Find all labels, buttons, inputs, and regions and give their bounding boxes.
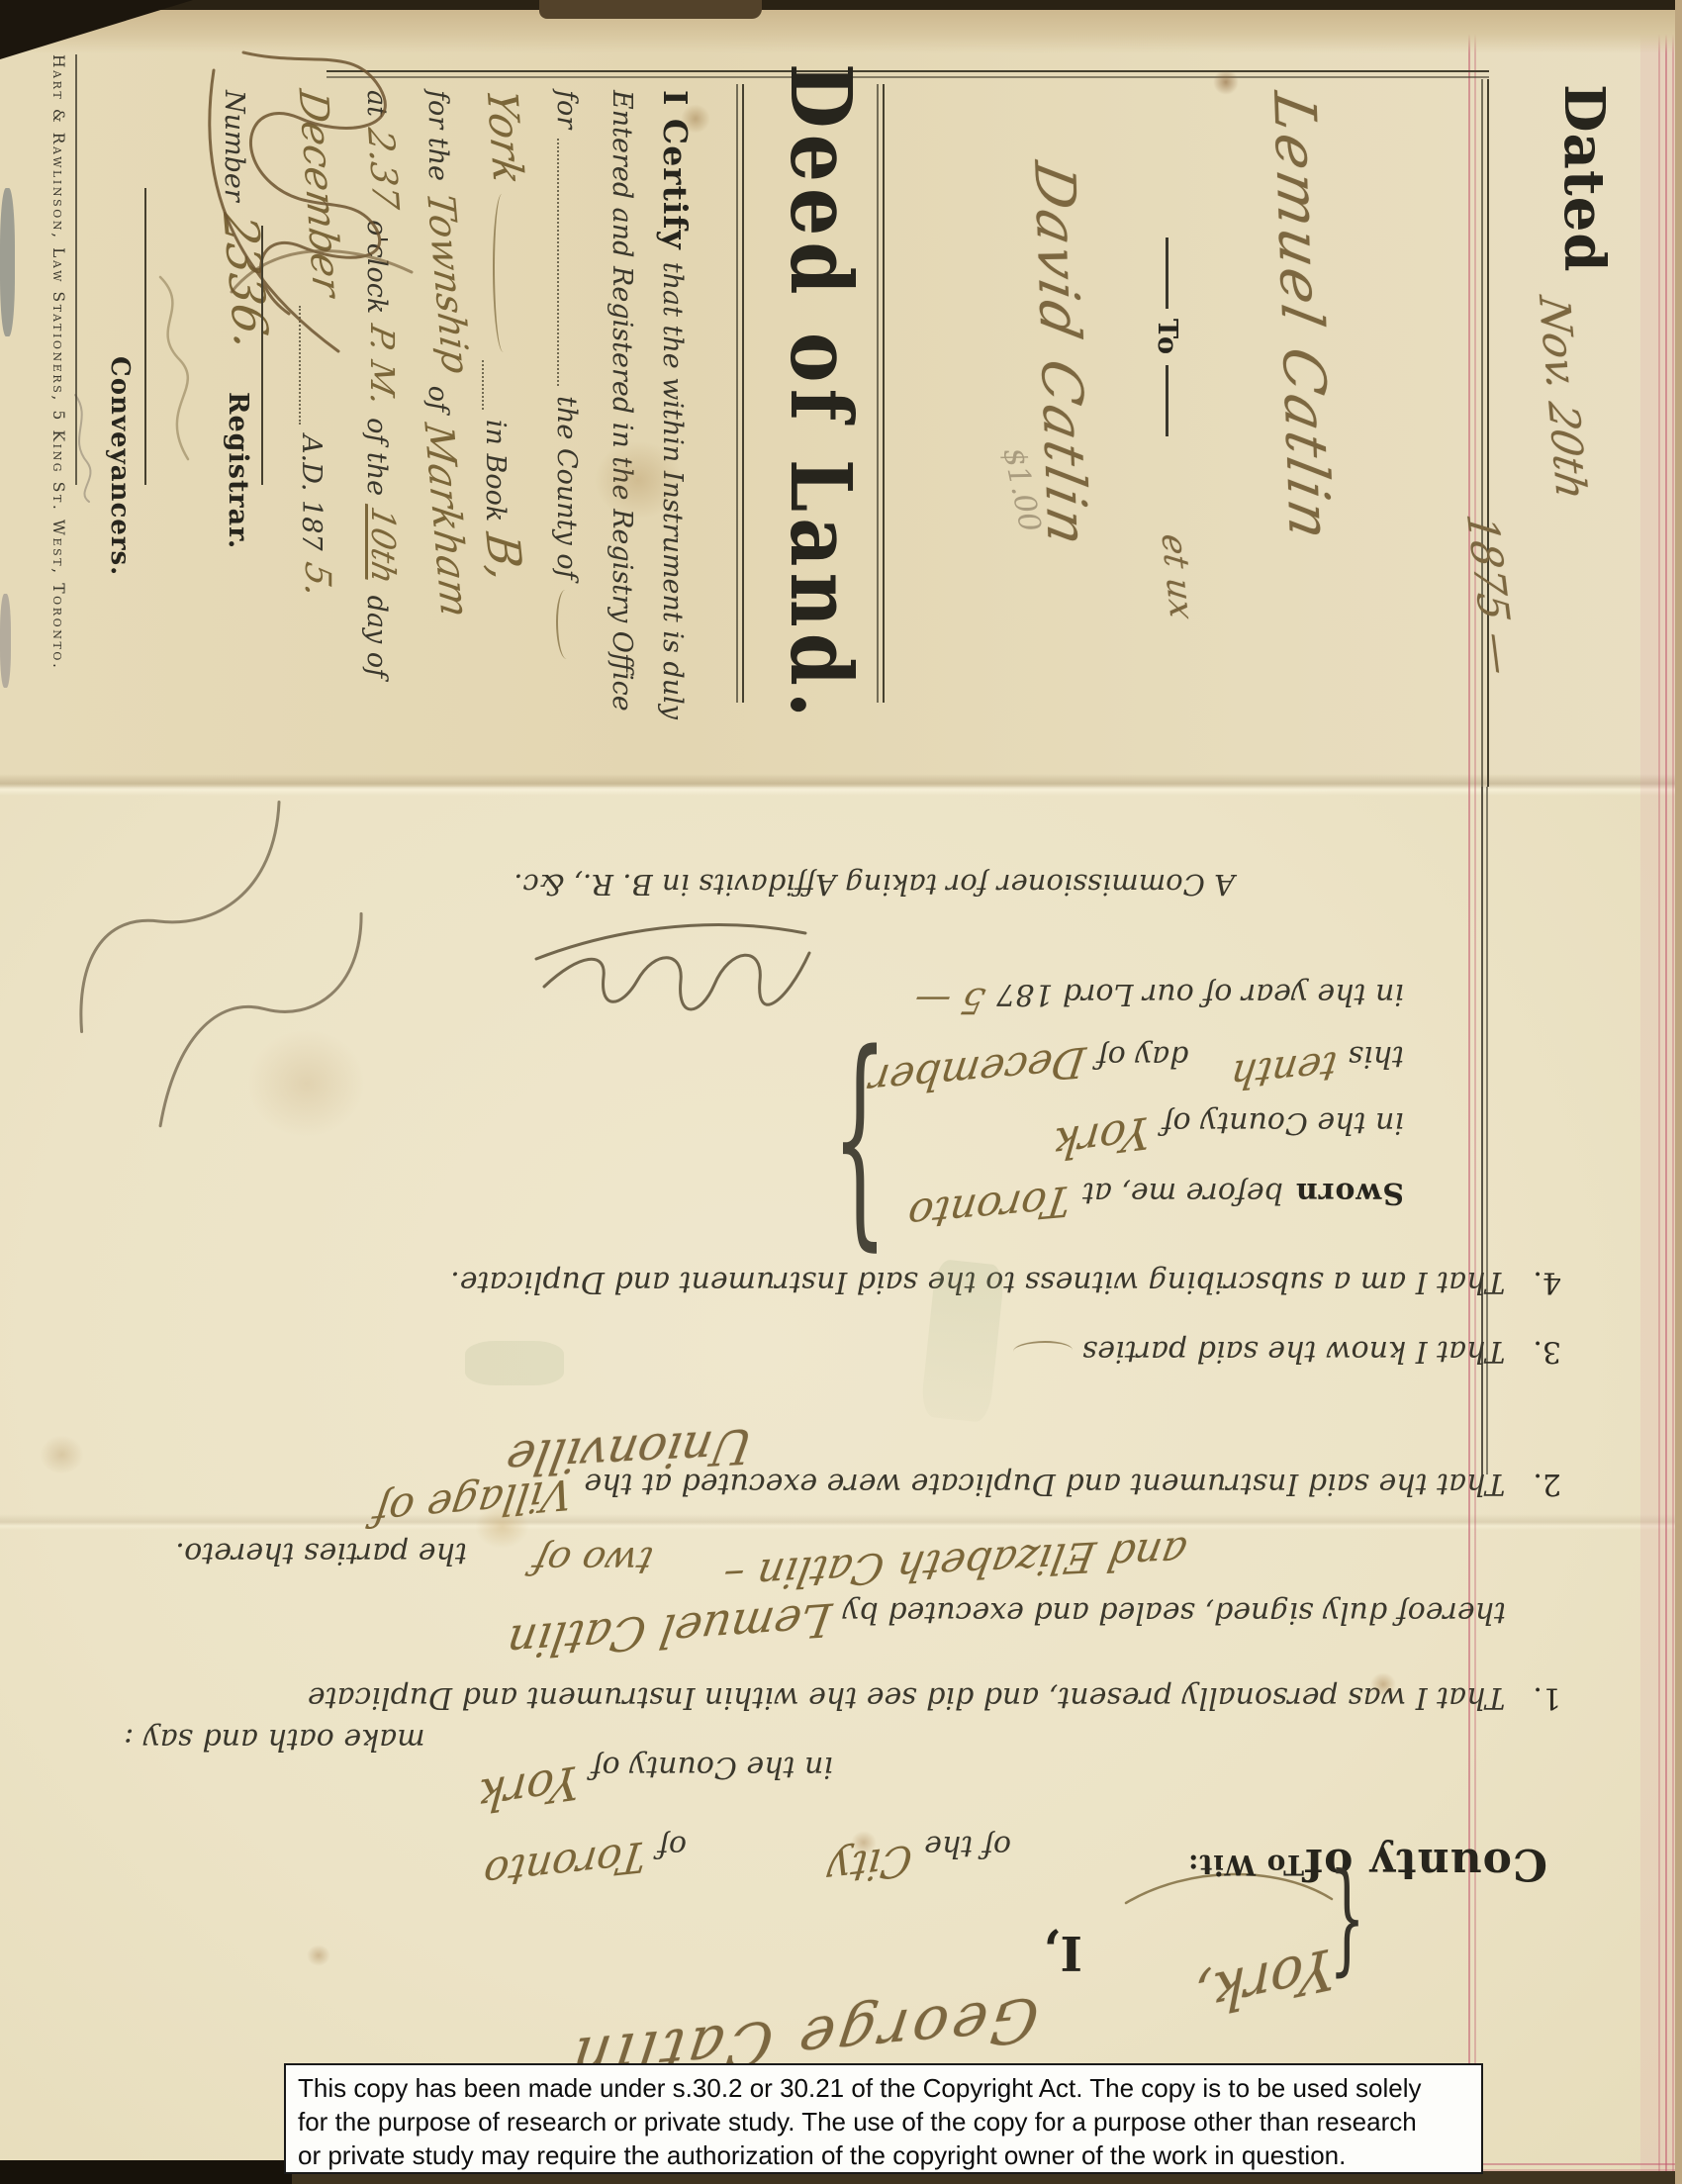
border-rule	[1488, 79, 1490, 787]
jurat-3-seg: December	[860, 1037, 1094, 1106]
jurat-3-seg: tenth	[1221, 1041, 1345, 1097]
registrar-label: Registrar.	[223, 392, 253, 549]
affi-county-seg: in the County of	[586, 1750, 839, 1784]
jurat-2: in the County ofYork	[1046, 1102, 1410, 1153]
affi-resid-seg: Toronto	[475, 1831, 655, 1898]
page-edge-mark	[539, 0, 762, 19]
jurat-3: thistenthday ofDecember	[863, 1037, 1410, 1086]
jurat-3-seg: this	[1343, 1039, 1410, 1074]
affi-resid-seg: of	[652, 1829, 693, 1863]
affi-item3-seg: 3.	[1529, 1334, 1565, 1369]
affi-county: in the County ofYorkmake oath and say :	[118, 1747, 839, 1800]
conveyancer-signature	[140, 269, 210, 467]
affi-resid: of theCityofToronto	[477, 1827, 1017, 1875]
affi-item3-seg: That I know the said parties	[1076, 1334, 1512, 1369]
county-value-handwriting: York,	[1194, 1934, 1335, 2030]
copyright-line: This copy has been made under s.30.2 or …	[298, 2071, 1469, 2105]
affi-item1c-seg: two of	[522, 1539, 663, 1582]
jurat-2-seg: in the County of	[1157, 1105, 1410, 1140]
cert-line-6-seg: 10th	[364, 498, 403, 595]
dated-date-handwriting: Nov. 20th	[1530, 293, 1597, 503]
affi-item4: 4.That I am a subscribing witness to the…	[444, 1265, 1565, 1299]
affi-county-seg: make oath and say :	[118, 1722, 430, 1757]
jurat-1-seg: Toronto	[898, 1176, 1079, 1240]
cert-line-6-seg: day of	[361, 590, 392, 684]
cert-line-7-seg: A.D. 187	[296, 428, 327, 556]
registrar-signature-line	[262, 226, 264, 485]
jurat-1-seg: before me, at	[1076, 1176, 1289, 1210]
grantor-suffix-handwriting: et ux	[1153, 532, 1202, 621]
affi-item1b-seg: Lemuel Catlin	[497, 1592, 841, 1669]
cert-line-7-seg: 5.	[297, 552, 337, 608]
to-separator: To	[1152, 237, 1182, 436]
cert-line-2: Entered and Registered in the Registry O…	[607, 84, 637, 717]
cert-line-5-seg: Markham	[415, 415, 479, 625]
cert-line-3: forthe County of	[551, 84, 582, 663]
jurat-4-seg: 5 —	[904, 980, 995, 1020]
commissioner-caption: A Commissioner for taking Affidavits in …	[514, 868, 1235, 902]
heading-brace: {	[1329, 1858, 1365, 2000]
affi-item1c-seg: and Elizabeth Catlin –	[713, 1527, 1196, 1601]
page-edge-band	[0, 10, 1682, 53]
cert-line-4: Yorkin BookB,	[476, 84, 529, 588]
edge-smudge	[0, 594, 11, 688]
border-rule	[327, 76, 1489, 78]
affidavit-panel: George Catlin County of York, { To Wit: …	[0, 792, 1682, 2184]
to-label: To	[1152, 309, 1182, 365]
title-rule	[884, 84, 886, 703]
separator-dash	[1166, 365, 1168, 436]
affi-county-seg: York	[469, 1754, 588, 1824]
affi-item1b-seg: thereof duly signed, sealed and executed…	[837, 1595, 1512, 1630]
border-rule	[1482, 79, 1484, 787]
to-wit-label: To Wit:	[1187, 1849, 1304, 1881]
page-edge-right	[1675, 0, 1682, 2184]
dated-year-handwriting: 1875 —	[1457, 513, 1527, 678]
scanned-deed-page: Dated Nov. 20th 1875 — Lemuel Catlin et …	[0, 0, 1682, 2184]
affi-item1c-seg: the parties thereto.	[169, 1536, 473, 1570]
cert-line-2-seg: Entered and Registered in the Registry O…	[607, 84, 637, 717]
border-rule	[327, 70, 1489, 72]
copyright-line: or private study may require the authori…	[298, 2138, 1469, 2172]
copyright-line: for the purpose of research or private s…	[298, 2105, 1469, 2138]
cert-line-4-seg: York	[477, 80, 533, 193]
deed-backer-panel: Dated Nov. 20th 1875 — Lemuel Catlin et …	[0, 0, 1682, 787]
jurat-brace: }	[832, 1026, 888, 1292]
affi-item3: 3.That I know the said parties	[1009, 1334, 1565, 1369]
grantor-name-handwriting: Lemuel Catlin	[1261, 87, 1344, 547]
jurat-4: in the year of our Lord 1875 —	[909, 976, 1410, 1016]
stationer-rule	[76, 54, 78, 485]
i-label: I,	[1042, 1925, 1082, 1980]
affi-item4-seg: That I am a subscribing witness to the s…	[444, 1265, 1511, 1299]
conveyancers-label: Conveyancers.	[105, 356, 135, 576]
dated-label: Dated	[1551, 84, 1617, 273]
registrar-signature	[195, 35, 437, 376]
title-rule	[878, 84, 880, 703]
edge-smudge	[0, 188, 15, 336]
affi-item4-seg: 4.	[1529, 1265, 1565, 1299]
cert-line-4-seg: B,	[474, 524, 534, 591]
deponent-signature	[0, 741, 420, 1163]
affi-item1a: 1.That I was personally present, and did…	[302, 1680, 1565, 1715]
cert-line-4-seg	[482, 360, 484, 410]
separator-dash	[1166, 237, 1168, 309]
cert-line-3-seg	[557, 139, 559, 386]
affi-item3-seg	[1013, 1342, 1073, 1362]
cert-line-1-seg: that the within Instrument is duly	[657, 256, 688, 725]
jurat-1: Swornbefore me, atToronto	[901, 1174, 1410, 1222]
affi-item2-seg: 2.	[1529, 1467, 1565, 1501]
cert-line-1-seg: I Certify	[656, 84, 695, 256]
page-corner-shadow-bottom	[0, 2160, 292, 2184]
cert-line-4-seg: in Book	[480, 414, 511, 527]
cert-line-4-seg	[493, 194, 513, 352]
pencil-scribble	[65, 389, 101, 508]
cert-line-1: I Certifythat the within Instrument is d…	[656, 84, 695, 725]
copyright-notice-box: This copy has been made under s.30.2 or …	[284, 2063, 1483, 2174]
jurat-2-seg: York	[1044, 1105, 1159, 1171]
jurat-4-seg: in the year of our Lord 187	[990, 977, 1410, 1011]
jurat-3-seg: day of	[1091, 1039, 1195, 1074]
cert-line-3-seg: for	[551, 84, 582, 135]
cert-line-6-seg: of the	[361, 412, 392, 502]
affi-resid-seg: of the	[918, 1829, 1017, 1863]
title-rule	[743, 84, 745, 703]
affi-resid-seg: City	[819, 1835, 921, 1896]
affi-item1c: and Elizabeth Catlin –two ofthe parties …	[169, 1534, 1192, 1582]
jurat-1-seg: Sworn	[1289, 1176, 1410, 1210]
stationer-imprint: Hart & Rawlinson, Law Stationers, 5 King…	[49, 54, 67, 671]
affi-item1a-seg: 1.	[1529, 1680, 1565, 1715]
cert-line-3-seg: the County of	[551, 390, 582, 585]
affi-item1a-seg: That I was personally present, and did s…	[302, 1680, 1512, 1715]
cert-line-3-seg	[557, 590, 577, 659]
commissioner-signature	[528, 915, 825, 1064]
affi-item1b: thereof duly signed, sealed and executed…	[501, 1592, 1512, 1646]
conveyancers-line	[145, 188, 147, 485]
deed-title: Deed of Land.	[772, 0, 871, 787]
cert-line-5-seg: of	[422, 380, 453, 418]
title-rule	[737, 84, 739, 703]
